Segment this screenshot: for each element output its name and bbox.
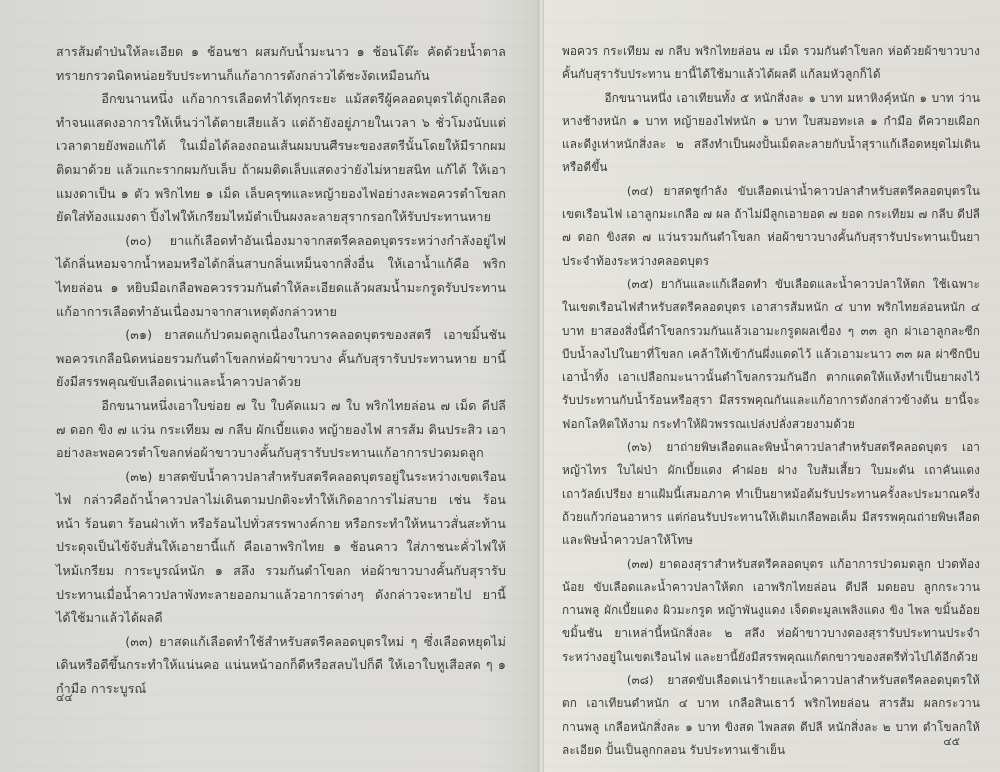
paragraph-item-37: (๓๗) ยาดองสุราสำหรับสตรีคลอดบุตร แก้อากา… — [562, 553, 980, 669]
paragraph-item-38: (๓๘) ยาสดขับเลือดเน่าร้ายและน้ำคาวปลาสำห… — [562, 669, 980, 762]
paragraph: อีกขนานหนึ่งเอาใบข่อย ๗ ใบ ใบคัดแมว ๗ ใบ… — [56, 394, 506, 465]
paragraph-item-34: (๓๔) ยาสดชูกำลัง ขับเลือดเน่าน้ำคาวปลาสำ… — [562, 180, 980, 273]
paragraph-item-36: (๓๖) ยาถ่ายพิษเลือดและพิษน้ำคาวปลาสำหรับ… — [562, 436, 980, 552]
paragraph: อีกขนานหนึ่ง เอาเทียนทั้ง ๕ หนักสิ่งละ ๑… — [562, 87, 980, 180]
paragraph: อีกขนานหนึ่ง แก้อาการเลือดทำได้ทุกระยะ แ… — [56, 87, 506, 229]
paragraph-item-33: (๓๓) ยาสดแก้เลือดทำใช้สำหรับสตรีคลอดบุตร… — [56, 630, 506, 701]
paragraph-item-32: (๓๒) ยาสดขับน้ำคาวปลาสำหรับสตรีคลอดบุตรอ… — [56, 465, 506, 630]
paragraph-item-35: (๓๕) ยากันและแก้เลือดทำ ขับเลือดและน้ำคา… — [562, 273, 980, 436]
paragraph: สารส้มตำป่นให้ละเอียด ๑ ช้อนชา ผสมกับน้ำ… — [56, 40, 506, 87]
right-page: พอควร กระเทียม ๗ กลีบ พริกไทยล่อน ๗ เม็ด… — [544, 0, 1000, 772]
paragraph: พอควร กระเทียม ๗ กลีบ พริกไทยล่อน ๗ เม็ด… — [562, 40, 980, 87]
left-page: สารส้มตำป่นให้ละเอียด ๑ ช้อนชา ผสมกับน้ำ… — [0, 0, 538, 772]
paragraph-item-30: (๓๐) ยาแก้เลือดทำอันเนื่องมาจากสตรีคลอดบ… — [56, 229, 506, 323]
page-number: ๔๕ — [943, 732, 960, 750]
paragraph-item-31: (๓๑) ยาสดแก้ปวดมดลูกเนื่องในการคลอดบุตรข… — [56, 323, 506, 394]
page-number: ๔๔ — [56, 688, 73, 706]
book-spread: สารส้มตำป่นให้ละเอียด ๑ ช้อนชา ผสมกับน้ำ… — [0, 0, 1000, 772]
